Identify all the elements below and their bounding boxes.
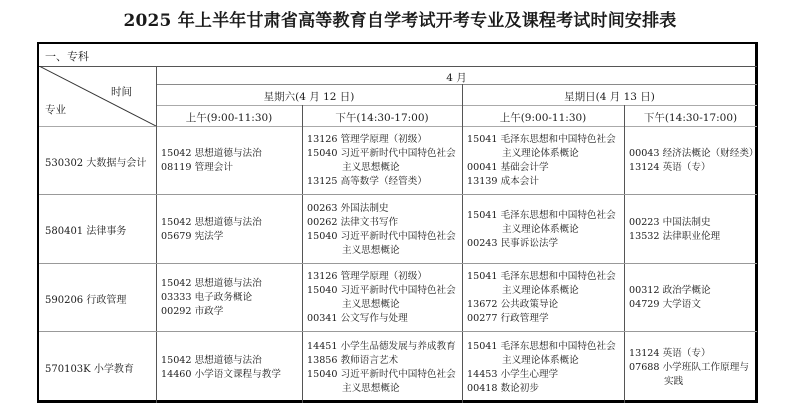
course-label: 13124 英语（专） (629, 161, 757, 175)
session-cell-sat-pm: 14451 小学生品德发展与养成教育13856 教师语言艺术15040 习近平新… (302, 332, 462, 403)
major-name: 580401 法律事务 (39, 195, 156, 264)
course-label: 14451 小学生品德发展与养成教育 (307, 340, 462, 354)
session-header-sun-pm: 下午(14:30-17:00) (624, 110, 757, 125)
session-cell-sun-am: 15041 毛泽东思想和中国特色社会主义理论体系概论13672 公共政策导论00… (462, 264, 624, 332)
month-header: 4 月 (156, 70, 757, 85)
session-cell-sat-pm: 13126 管理学原理（初级）15040 习近平新时代中国特色社会主义思想概论1… (302, 127, 462, 195)
course-label: 05679 宪法学 (161, 230, 302, 244)
course-item: 14460 小学语文课程与教学 (161, 368, 302, 382)
corner-major-label: 专业 (45, 102, 66, 117)
course-item: 13126 管理学原理（初级） (307, 133, 462, 147)
course-label: 15040 习近平新时代中国特色社会 (307, 230, 462, 244)
course-label: 13126 管理学原理（初级） (307, 133, 462, 147)
course-label: 15042 思想道德与法治 (161, 147, 302, 161)
session-cell-sun-am: 15041 毛泽东思想和中国特色社会主义理论体系概论00041 基础会计学131… (462, 127, 624, 195)
course-item: 14451 小学生品德发展与养成教育 (307, 340, 462, 354)
session-cell-sat-am: 15042 思想道德与法治05679 宪法学 (156, 195, 302, 264)
course-item: 13125 高等数学（经管类） (307, 175, 462, 189)
session-cell-sat-pm: 00263 外国法制史00262 法律文书写作15040 习近平新时代中国特色社… (302, 195, 462, 264)
course-item: 04729 大学语文 (629, 298, 757, 312)
course-label: 15040 习近平新时代中国特色社会 (307, 368, 462, 382)
schedule-table: 一、专科 时间 专业 4 月 星期六(4 月 12 日) 星期日(4 月 13 … (37, 42, 758, 403)
session-cell-sun-pm: 00223 中国法制史13532 法律职业伦理 (624, 195, 757, 264)
day-header-sat: 星期六(4 月 12 日) (156, 89, 462, 104)
course-label: 15041 毛泽东思想和中国特色社会 (467, 340, 624, 354)
course-label: 00277 行政管理学 (467, 312, 624, 326)
course-label: 00223 中国法制史 (629, 216, 757, 230)
course-item: 00223 中国法制史 (629, 216, 757, 230)
course-label: 15041 毛泽东思想和中国特色社会 (467, 133, 624, 147)
course-item: 00418 数论初步 (467, 382, 624, 396)
course-item: 15040 习近平新时代中国特色社会主义思想概论 (307, 284, 462, 312)
session-cell-sun-pm: 13124 英语（专）07688 小学班队工作原理与实践 (624, 332, 757, 403)
divider (156, 105, 757, 106)
session-cell-sat-am: 15042 思想道德与法治08119 管理会计 (156, 127, 302, 195)
course-label: 00043 经济法概论（财经类） (629, 147, 757, 161)
course-item: 03333 电子政务概论 (161, 291, 302, 305)
section-label: 一、专科 (45, 48, 89, 64)
course-item: 00243 民事诉讼法学 (467, 237, 624, 251)
course-label-continued: 主义思想概论 (307, 244, 462, 258)
course-label: 00041 基础会计学 (467, 161, 624, 175)
course-label: 13532 法律职业伦理 (629, 230, 757, 244)
session-cell-sat-am: 15042 思想道德与法治03333 电子政务概论00292 市政学 (156, 264, 302, 332)
course-label: 08119 管理会计 (161, 161, 302, 175)
session-cell-sun-pm: 00312 政治学概论04729 大学语文 (624, 264, 757, 332)
session-cell-sun-am: 15041 毛泽东思想和中国特色社会主义理论体系概论00243 民事诉讼法学 (462, 195, 624, 264)
major-name: 590206 行政管理 (39, 264, 156, 332)
course-item: 13532 法律职业伦理 (629, 230, 757, 244)
course-item: 15042 思想道德与法治 (161, 216, 302, 230)
course-label-continued: 主义理论体系概论 (467, 284, 624, 298)
major-name: 570103K 小学教育 (39, 332, 156, 403)
course-item: 15040 习近平新时代中国特色社会主义思想概论 (307, 368, 462, 396)
course-label-continued: 主义理论体系概论 (467, 223, 624, 237)
course-item: 15041 毛泽东思想和中国特色社会主义理论体系概论 (467, 270, 624, 298)
course-item: 05679 宪法学 (161, 230, 302, 244)
course-item: 15041 毛泽东思想和中国特色社会主义理论体系概论 (467, 209, 624, 237)
course-label: 15041 毛泽东思想和中国特色社会 (467, 209, 624, 223)
course-item: 15042 思想道德与法治 (161, 354, 302, 368)
course-label: 03333 电子政务概论 (161, 291, 302, 305)
course-label-continued: 主义理论体系概论 (467, 147, 624, 161)
page-title: 2025 年上半年甘肃省高等教育自学考试开考专业及课程考试时间安排表 (0, 6, 800, 31)
course-label: 13856 教师语言艺术 (307, 354, 462, 368)
course-item: 13124 英语（专） (629, 347, 757, 361)
course-label: 13672 公共政策导论 (467, 298, 624, 312)
course-item: 13124 英语（专） (629, 161, 757, 175)
course-item: 00041 基础会计学 (467, 161, 624, 175)
course-label: 07688 小学班队工作原理与 (629, 361, 757, 375)
course-label: 15042 思想道德与法治 (161, 277, 302, 291)
course-label: 15041 毛泽东思想和中国特色社会 (467, 270, 624, 284)
course-item: 14453 小学生心理学 (467, 368, 624, 382)
course-label: 14453 小学生心理学 (467, 368, 624, 382)
session-header-sat-pm: 下午(14:30-17:00) (302, 110, 462, 125)
course-item: 15040 习近平新时代中国特色社会主义思想概论 (307, 147, 462, 175)
course-label: 00312 政治学概论 (629, 284, 757, 298)
course-label: 00292 市政学 (161, 305, 302, 319)
course-label: 15040 习近平新时代中国特色社会 (307, 284, 462, 298)
course-label-continued: 主义理论体系概论 (467, 354, 624, 368)
course-label: 13139 成本会计 (467, 175, 624, 189)
course-item: 00292 市政学 (161, 305, 302, 319)
course-item: 13139 成本会计 (467, 175, 624, 189)
course-item: 13856 教师语言艺术 (307, 354, 462, 368)
course-label: 14460 小学语文课程与教学 (161, 368, 302, 382)
course-item: 13672 公共政策导论 (467, 298, 624, 312)
course-item: 13126 管理学原理（初级） (307, 270, 462, 284)
course-label: 15042 思想道德与法治 (161, 354, 302, 368)
corner-diagonal (39, 66, 156, 126)
course-label-continued: 主义思想概论 (307, 298, 462, 312)
session-header-sun-am: 上午(9:00-11:30) (462, 110, 624, 125)
course-item: 15041 毛泽东思想和中国特色社会主义理论体系概论 (467, 133, 624, 161)
course-label: 13124 英语（专） (629, 347, 757, 361)
course-item: 15040 习近平新时代中国特色社会主义思想概论 (307, 230, 462, 258)
course-label-continued: 主义思想概论 (307, 161, 462, 175)
course-item: 15042 思想道德与法治 (161, 147, 302, 161)
course-item: 00277 行政管理学 (467, 312, 624, 326)
session-cell-sun-am: 15041 毛泽东思想和中国特色社会主义理论体系概论14453 小学生心理学00… (462, 332, 624, 403)
course-item: 15042 思想道德与法治 (161, 277, 302, 291)
session-cell-sat-pm: 13126 管理学原理（初级）15040 习近平新时代中国特色社会主义思想概论0… (302, 264, 462, 332)
course-item: 00312 政治学概论 (629, 284, 757, 298)
course-label: 00263 外国法制史 (307, 202, 462, 216)
course-label: 15040 习近平新时代中国特色社会 (307, 147, 462, 161)
course-label: 00341 公文写作与处理 (307, 312, 462, 326)
course-item: 00341 公文写作与处理 (307, 312, 462, 326)
course-label: 00418 数论初步 (467, 382, 624, 396)
session-cell-sat-am: 15042 思想道德与法治14460 小学语文课程与教学 (156, 332, 302, 403)
course-label: 15042 思想道德与法治 (161, 216, 302, 230)
course-label-continued: 主义思想概论 (307, 382, 462, 396)
course-label: 00243 民事诉讼法学 (467, 237, 624, 251)
course-item: 07688 小学班队工作原理与实践 (629, 361, 757, 389)
major-name: 530302 大数据与会计 (39, 127, 156, 195)
course-label: 13125 高等数学（经管类） (307, 175, 462, 189)
course-label-continued: 实践 (629, 375, 757, 389)
course-item: 15041 毛泽东思想和中国特色社会主义理论体系概论 (467, 340, 624, 368)
session-cell-sun-pm: 00043 经济法概论（财经类）13124 英语（专） (624, 127, 757, 195)
course-label: 13126 管理学原理（初级） (307, 270, 462, 284)
course-item: 08119 管理会计 (161, 161, 302, 175)
day-header-sun: 星期日(4 月 13 日) (462, 89, 757, 104)
course-item: 00043 经济法概论（财经类） (629, 147, 757, 161)
course-item: 00262 法律文书写作 (307, 216, 462, 230)
course-label: 04729 大学语文 (629, 298, 757, 312)
course-label: 00262 法律文书写作 (307, 216, 462, 230)
course-item: 00263 外国法制史 (307, 202, 462, 216)
corner-time-label: 时间 (111, 84, 132, 99)
session-header-sat-am: 上午(9:00-11:30) (156, 110, 302, 125)
